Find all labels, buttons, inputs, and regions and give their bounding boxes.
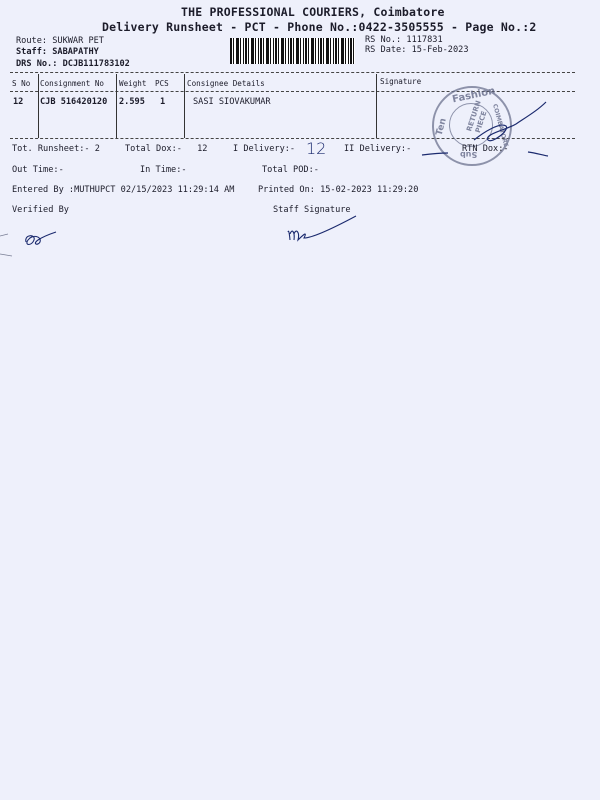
column-header-pcs: PCS [155,79,169,88]
staff-field: Staff: SABAPATHY [16,47,99,57]
tot-runsheet-value: 2 [95,144,100,154]
staff-value: SABAPATHY [52,47,99,57]
barcode [230,38,355,64]
total-pod-label: Total POD:- [262,165,319,175]
rs-date-label: RS Date: [365,45,406,55]
staff-signature [286,214,358,246]
total-dox-label: Total Dox:- [125,144,182,154]
in-time-label: In Time:- [140,165,187,175]
cell-consignment-no: CJB 516420120 [40,97,107,107]
out-time-label: Out Time:- [12,165,64,175]
route-label: Route: [16,36,47,46]
cell-consignee: SASI SIOVAKUMAR [193,97,271,107]
printed-on: Printed On: 15-02-2023 11:29:20 [258,185,418,195]
col-divider [184,74,185,138]
col-divider [376,74,377,138]
total-dox-field: Total Dox:- 12 [125,144,207,154]
rs-date-field: RS Date: 15-Feb-2023 [365,45,469,55]
cell-sno: 12 [13,97,23,107]
column-header-signature: Signature [380,77,421,86]
staff-label: Staff: [16,47,47,57]
rs-no-value: 1117831 [406,35,442,45]
scan-mark [0,230,16,260]
drs-value: DCJB111783102 [63,59,130,69]
company-title: THE PROFESSIONAL COURIERS, Coimbatore [181,5,445,19]
receiver-signature [470,100,550,150]
verified-by-label: Verified By [12,205,69,215]
drs-field: DRS No.: DCJB111783102 [16,59,130,69]
ii-delivery-label: II Delivery:- [344,144,411,154]
rs-date-value: 15-Feb-2023 [412,45,469,55]
entered-by: Entered By :MUTHUPCT 02/15/2023 11:29:14… [12,185,234,195]
runsheet-subtitle: Delivery Runsheet - PCT - Phone No.:0422… [102,20,537,34]
cell-pcs: 1 [160,97,165,107]
total-dox-value: 12 [197,144,207,154]
drs-label: DRS No.: [16,59,57,69]
route-value: SUKWAR PET [52,36,104,46]
header-divider [10,72,575,73]
route-field: Route: SUKWAR PET [16,36,104,46]
col-divider [116,74,117,138]
i-delivery-label: I Delivery:- [233,144,295,154]
rs-no-label: RS No.: [365,35,401,45]
column-header-consignee: Consignee Details [187,79,265,88]
cell-weight: 2.595 [119,97,145,107]
column-header-weight: Weight [119,79,146,88]
tot-runsheet-label: Tot. Runsheet:- [12,144,90,154]
column-header-sno: S No [12,79,30,88]
stamp-left-text: Ten [435,117,449,136]
col-divider [38,74,39,138]
rs-no-field: RS No.: 1117831 [365,35,443,45]
rtn-dox-label: RTN Dox:- [462,144,509,154]
ii-delivery-dash [420,150,450,158]
tot-runsheet-field: Tot. Runsheet:- 2 [12,144,100,154]
i-delivery-handwritten: 12 [306,139,326,158]
column-header-consignment: Consignment No [40,79,104,88]
rtn-dox-dash [526,150,550,160]
verifier-signature [22,230,58,250]
